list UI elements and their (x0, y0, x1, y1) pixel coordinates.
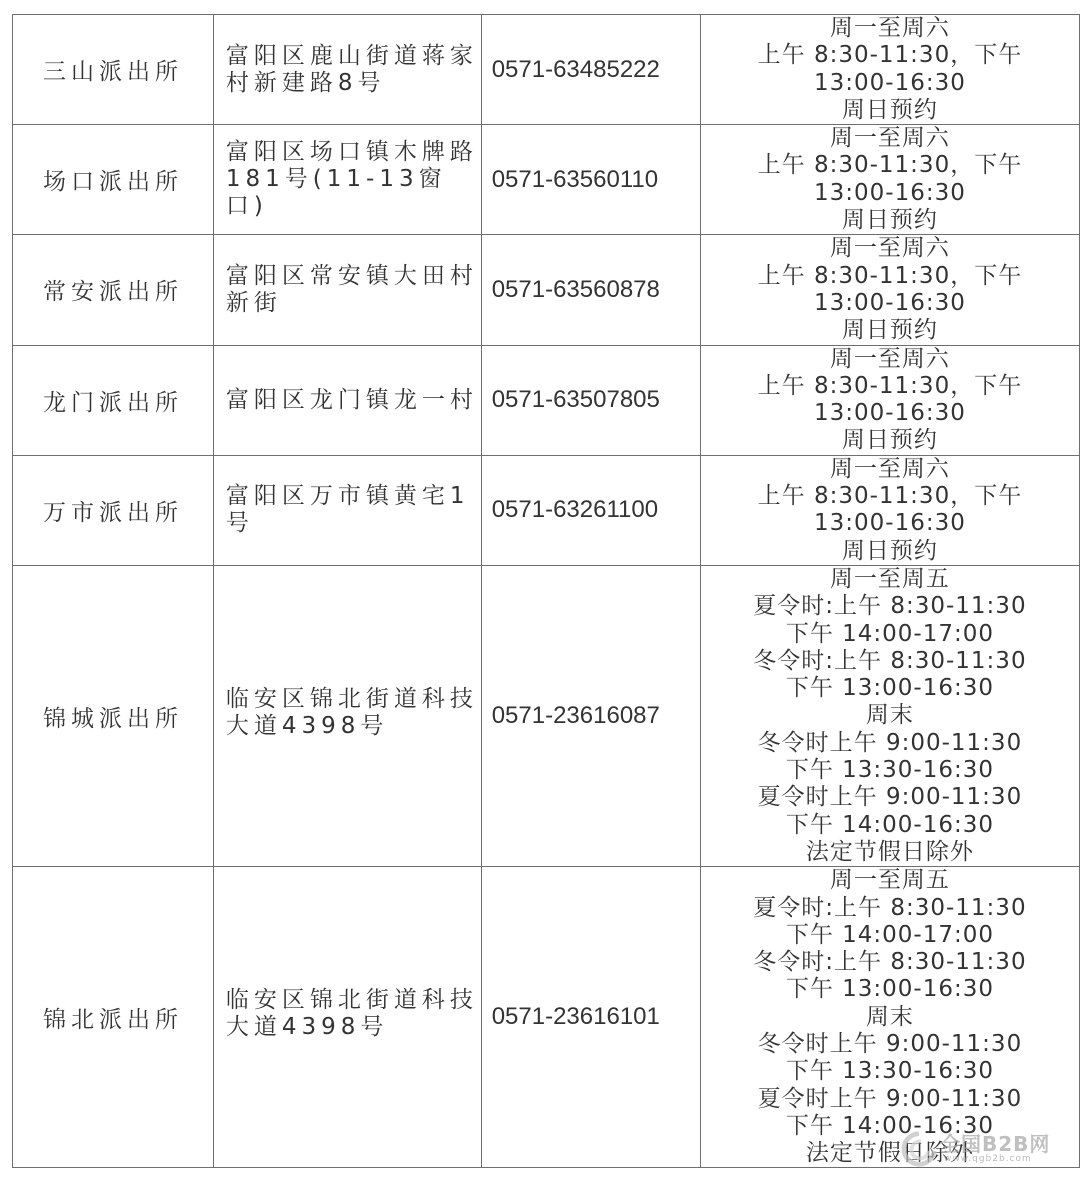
hours-line: 周一至周六 (701, 15, 1079, 42)
station-address: 富阳区场口镇木牌路181号(11-13窗口) (213, 125, 481, 235)
watermark: 全国B2B网 www.qgb2b.com (900, 1128, 1060, 1168)
station-hours: 周一至周五 夏令时:上午 8:30-11:30 下午 14:00-17:00 冬… (700, 565, 1079, 866)
station-name: 龙门派出所 (13, 345, 214, 455)
station-phone: 0571-63261100 (481, 455, 700, 565)
hours-line: 冬令时上午 9:00-11:30 (701, 730, 1079, 757)
table-row: 常安派出所 富阳区常安镇大田村新街 0571-63560878 周一至周六 上午… (13, 235, 1080, 345)
hours-line: 周日预约 (701, 97, 1079, 124)
hours-line: 周一至周六 (701, 456, 1079, 483)
hours-line: 上午 8:30-11:30，下午 (701, 42, 1079, 69)
hours-line: 13:00-16:30 (701, 70, 1079, 97)
hours-line: 周日预约 (701, 427, 1079, 454)
hours-line: 上午 8:30-11:30，下午 (701, 263, 1079, 290)
station-address: 富阳区鹿山街道蒋家村新建路8号 (213, 15, 481, 125)
hours-line: 下午 13:00-16:30 (701, 976, 1079, 1003)
table-row: 锦北派出所 临安区锦北街道科技大道4398号 0571-23616101 周一至… (13, 867, 1080, 1168)
hours-line: 周一至周五 (701, 867, 1079, 894)
station-address: 临安区锦北街道科技大道4398号 (213, 867, 481, 1168)
watermark-logo-icon (900, 1130, 938, 1168)
watermark-text: 全国B2B网 (940, 1128, 1050, 1157)
station-phone: 0571-63507805 (481, 345, 700, 455)
station-name: 锦北派出所 (13, 867, 214, 1168)
hours-line: 夏令时:上午 8:30-11:30 (701, 593, 1079, 620)
table-row: 万市派出所 富阳区万市镇黄宅1号 0571-63261100 周一至周六 上午 … (13, 455, 1080, 565)
hours-line: 13:00-16:30 (701, 510, 1079, 537)
hours-line: 夏令时:上午 8:30-11:30 (701, 895, 1079, 922)
hours-line: 下午 14:00-17:00 (701, 922, 1079, 949)
hours-line: 周一至周六 (701, 125, 1079, 152)
station-phone: 0571-23616101 (481, 867, 700, 1168)
address-text: 临安区锦北街道科技大道4398号 (226, 987, 481, 1041)
hours-line: 周日预约 (701, 317, 1079, 344)
table-row: 锦城派出所 临安区锦北街道科技大道4398号 0571-23616087 周一至… (13, 565, 1080, 866)
hours-line: 夏令时上午 9:00-11:30 (701, 1086, 1079, 1113)
hours-line: 13:00-16:30 (701, 400, 1079, 427)
hours-line: 冬令时:上午 8:30-11:30 (701, 949, 1079, 976)
station-name: 锦城派出所 (13, 565, 214, 866)
table-row: 场口派出所 富阳区场口镇木牌路181号(11-13窗口) 0571-635601… (13, 125, 1080, 235)
hours-line: 上午 8:30-11:30，下午 (701, 483, 1079, 510)
hours-line: 周一至周六 (701, 235, 1079, 262)
hours-line: 下午 13:00-16:30 (701, 675, 1079, 702)
hours-line: 周日预约 (701, 207, 1079, 234)
station-address: 富阳区龙门镇龙一村 (213, 345, 481, 455)
hours-line: 下午 13:30-16:30 (701, 1058, 1079, 1085)
station-hours: 周一至周五 夏令时:上午 8:30-11:30 下午 14:00-17:00 冬… (700, 867, 1079, 1168)
hours-line: 冬令时:上午 8:30-11:30 (701, 648, 1079, 675)
watermark-url: www.qgb2b.com (944, 1154, 1032, 1164)
hours-line: 13:00-16:30 (701, 290, 1079, 317)
station-name: 常安派出所 (13, 235, 214, 345)
table-row: 三山派出所 富阳区鹿山街道蒋家村新建路8号 0571-63485222 周一至周… (13, 15, 1080, 125)
hours-line: 下午 14:00-17:00 (701, 621, 1079, 648)
hours-line: 13:00-16:30 (701, 180, 1079, 207)
station-address: 临安区锦北街道科技大道4398号 (213, 565, 481, 866)
hours-line: 下午 14:00-16:30 (701, 812, 1079, 839)
table-row: 龙门派出所 富阳区龙门镇龙一村 0571-63507805 周一至周六 上午 8… (13, 345, 1080, 455)
hours-line: 上午 8:30-11:30，下午 (701, 152, 1079, 179)
station-phone: 0571-23616087 (481, 565, 700, 866)
police-station-table: 三山派出所 富阳区鹿山街道蒋家村新建路8号 0571-63485222 周一至周… (12, 14, 1080, 1168)
station-hours: 周一至周六 上午 8:30-11:30，下午 13:00-16:30 周日预约 (700, 455, 1079, 565)
station-name: 三山派出所 (13, 15, 214, 125)
station-hours: 周一至周六 上午 8:30-11:30，下午 13:00-16:30 周日预约 (700, 125, 1079, 235)
hours-line: 法定节假日除外 (701, 839, 1079, 866)
station-hours: 周一至周六 上午 8:30-11:30，下午 13:00-16:30 周日预约 (700, 15, 1079, 125)
station-hours: 周一至周六 上午 8:30-11:30，下午 13:00-16:30 周日预约 (700, 235, 1079, 345)
station-phone: 0571-63560110 (481, 125, 700, 235)
hours-line: 冬令时上午 9:00-11:30 (701, 1031, 1079, 1058)
station-phone: 0571-63560878 (481, 235, 700, 345)
hours-line: 周一至周六 (701, 346, 1079, 373)
hours-line: 周日预约 (701, 538, 1079, 565)
station-address: 富阳区常安镇大田村新街 (213, 235, 481, 345)
hours-line: 周一至周五 (701, 566, 1079, 593)
hours-line: 周末 (701, 1004, 1079, 1031)
hours-line: 上午 8:30-11:30，下午 (701, 373, 1079, 400)
station-name: 场口派出所 (13, 125, 214, 235)
address-text: 临安区锦北街道科技大道4398号 (226, 686, 481, 740)
station-phone: 0571-63485222 (481, 15, 700, 125)
station-hours: 周一至周六 上午 8:30-11:30，下午 13:00-16:30 周日预约 (700, 345, 1079, 455)
hours-line: 下午 13:30-16:30 (701, 757, 1079, 784)
hours-line: 夏令时上午 9:00-11:30 (701, 784, 1079, 811)
station-address: 富阳区万市镇黄宅1号 (213, 455, 481, 565)
station-name: 万市派出所 (13, 455, 214, 565)
hours-line: 周末 (701, 702, 1079, 729)
